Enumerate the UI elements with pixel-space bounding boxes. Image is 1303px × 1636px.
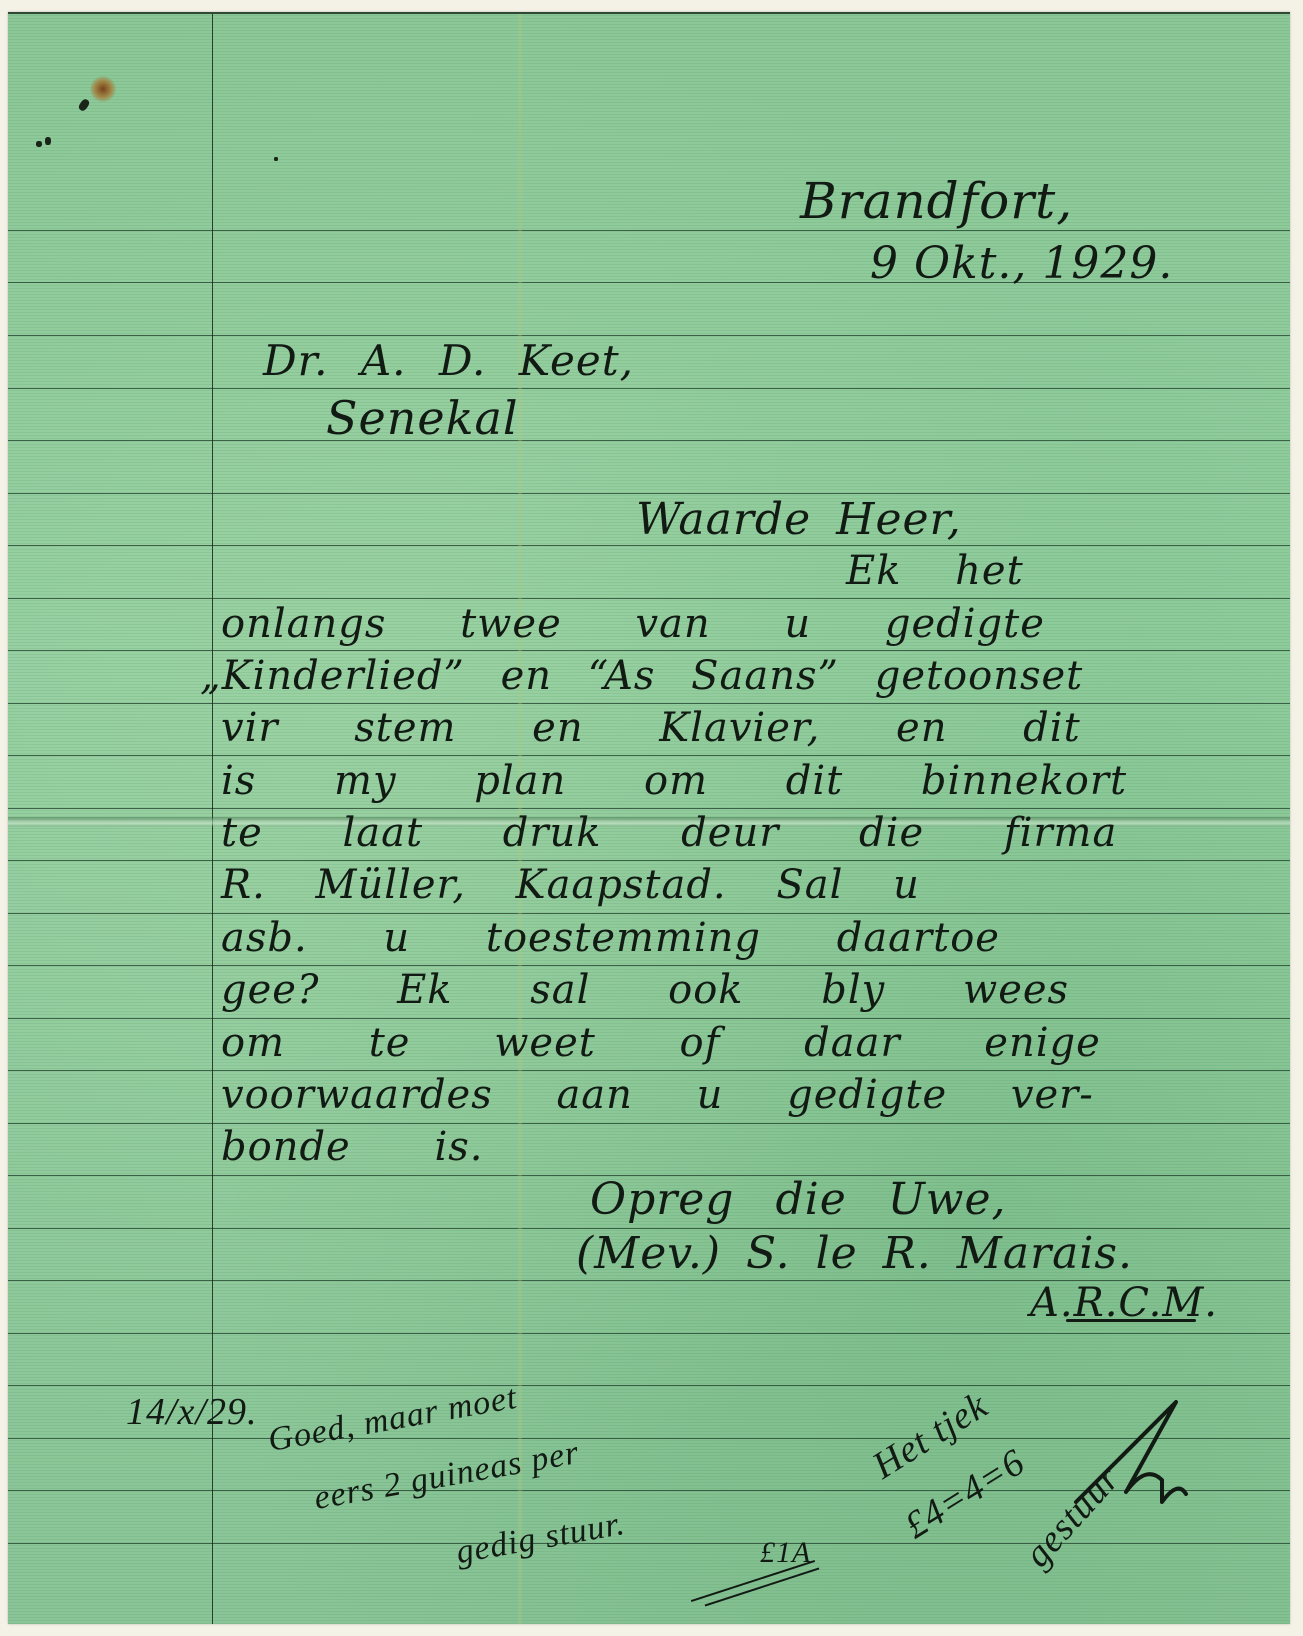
ruled-line <box>8 545 1290 546</box>
ink-speck <box>36 141 42 147</box>
paraph-mark-icon <box>1058 1394 1198 1514</box>
body-line: R. Müller, Kaapstad. Sal u <box>221 862 920 908</box>
letter-place: Brandfort, <box>800 172 1073 230</box>
ruled-line <box>8 1543 1290 1544</box>
annotation-reply-line: gedig stuur. <box>453 1505 628 1572</box>
ruled-line <box>8 965 1290 966</box>
ruled-line <box>8 1385 1290 1386</box>
body-line: „Kinderlied” en “As Saans” getoonset <box>200 653 1083 699</box>
strike-through <box>705 1568 820 1607</box>
body-line: asb. u toestemming daartoe <box>221 915 1000 961</box>
ink-speck <box>77 98 90 112</box>
body-line: voorwaardes aan u gedigte ver- <box>221 1072 1094 1118</box>
ink-speck <box>45 137 51 145</box>
body-line: vir stem en Klavier, en dit <box>221 705 1081 751</box>
ruled-line <box>8 860 1290 861</box>
body-line: onlangs twee van u gedigte <box>221 601 1045 647</box>
ruled-line <box>8 440 1290 441</box>
ruled-line <box>8 913 1290 914</box>
body-line: gee? Ek sal ook bly wees <box>221 967 1069 1013</box>
annotation-reply-line: Goed, maar moet <box>265 1379 520 1460</box>
ruled-line <box>8 1018 1290 1019</box>
valediction: Opreg die Uwe, <box>590 1174 1007 1225</box>
annotation-date: 14/x/29. <box>126 1390 257 1434</box>
ruled-line <box>8 1123 1290 1124</box>
ruled-line <box>8 598 1290 599</box>
strike-through <box>691 1560 815 1602</box>
ruled-line <box>8 388 1290 389</box>
signature-underline <box>1066 1319 1196 1322</box>
body-line: bonde is. <box>221 1124 483 1170</box>
salutation: Waarde Heer, <box>636 494 962 545</box>
ruled-line <box>8 1333 1290 1334</box>
body-line: om te weet of daar enige <box>221 1020 1101 1066</box>
rust-stain <box>90 76 116 102</box>
ruled-line <box>8 1070 1290 1071</box>
ruled-line <box>8 703 1290 704</box>
ruled-line <box>8 808 1290 809</box>
body-line: is my plan om dit binnekort <box>221 758 1127 804</box>
ruled-line <box>8 335 1290 336</box>
ruled-line <box>8 755 1290 756</box>
letter-date: 9 Okt., 1929. <box>870 238 1173 289</box>
body-line: Ek het <box>846 548 1024 594</box>
annotation-reply-line: eers 2 guineas per <box>311 1434 582 1518</box>
ink-speck <box>274 157 278 161</box>
body-line: te laat druk deur die firma <box>221 810 1117 856</box>
ruled-line <box>8 650 1290 651</box>
signature: (Mev.) S. le R. Marais. <box>576 1228 1133 1279</box>
recipient-name: Dr. A. D. Keet, <box>263 336 634 385</box>
letter-paper: Brandfort, 9 Okt., 1929. Dr. A. D. Keet,… <box>8 12 1290 1624</box>
ruled-line <box>8 230 1290 231</box>
recipient-location: Senekal <box>326 391 519 445</box>
